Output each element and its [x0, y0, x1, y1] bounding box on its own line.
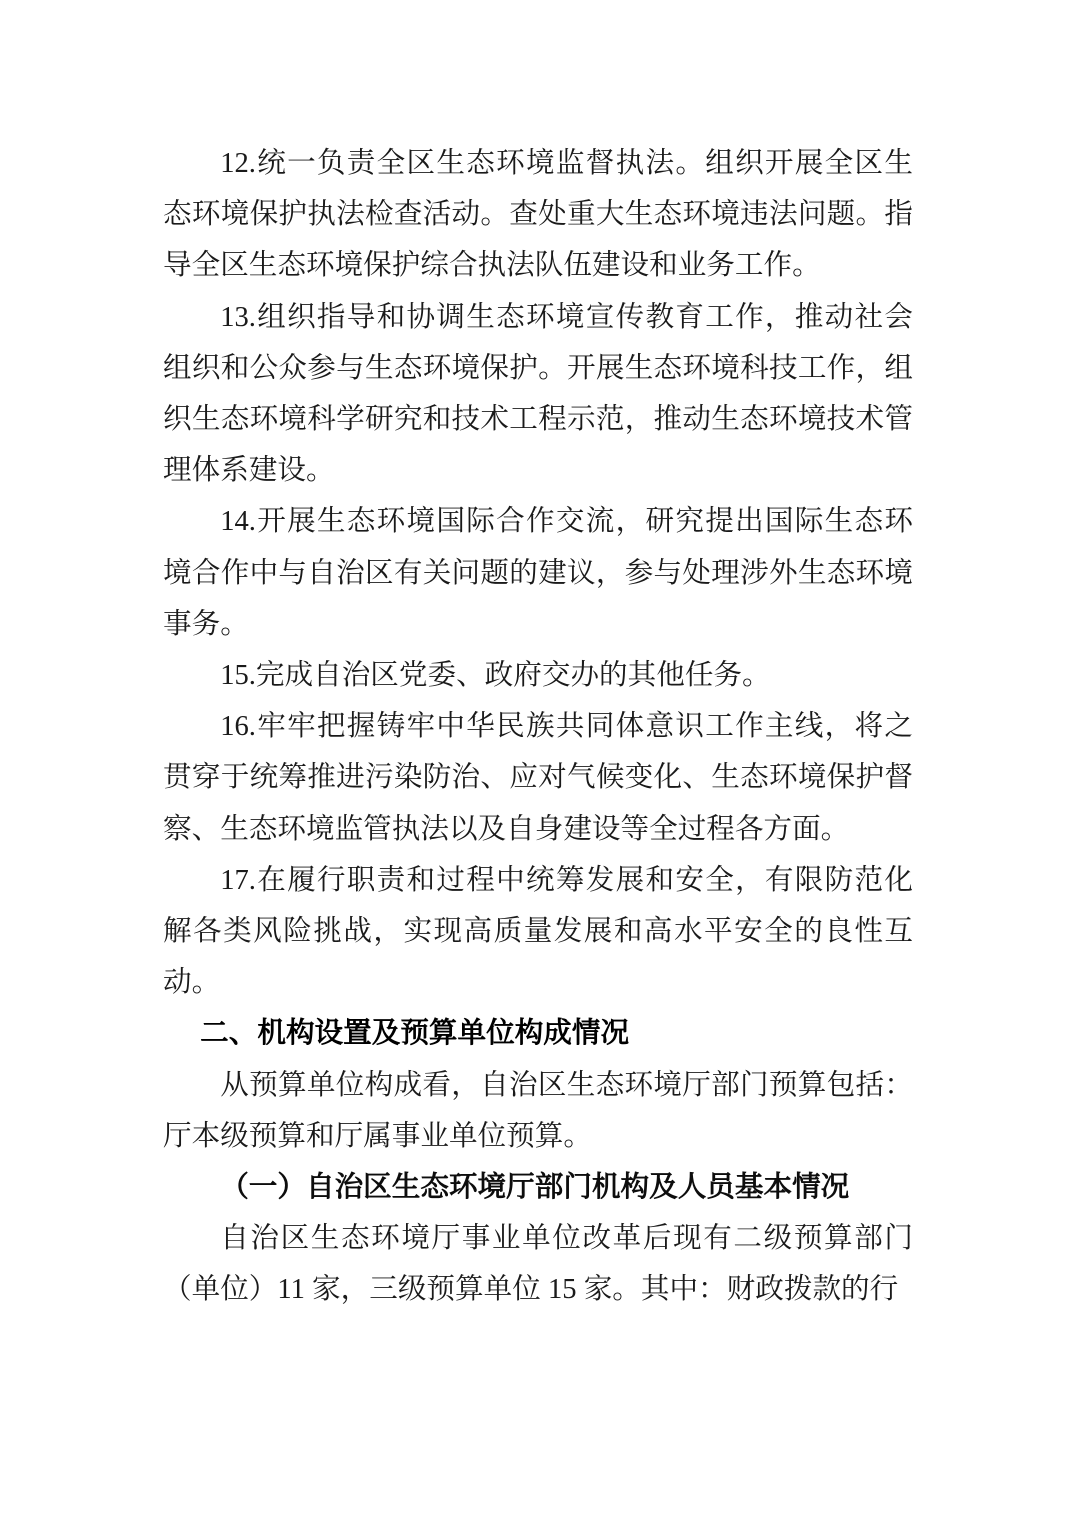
document-page: 12.统一负责全区生态环境监督执法。组织开展全区生态环境保护执法检查活动。查处重…	[0, 0, 1074, 1520]
paragraph-item-12: 12.统一负责全区生态环境监督执法。组织开展全区生态环境保护执法检查活动。查处重…	[163, 138, 913, 292]
paragraph-item-16: 16.牢牢把握铸牢中华民族共同体意识工作主线，将之贯穿于统筹推进污染防治、应对气…	[163, 701, 913, 855]
paragraph-item-14: 14.开展生态环境国际合作交流，研究提出国际生态环境合作中与自治区有关问题的建议…	[163, 496, 913, 650]
document-text-block: 12.统一负责全区生态环境监督执法。组织开展全区生态环境保护执法检查活动。查处重…	[163, 138, 913, 1316]
paragraph-org-personnel: 自治区生态环境厅事业单位改革后现有二级预算部门（单位）11 家，三级预算单位 1…	[163, 1213, 913, 1315]
paragraph-item-13: 13.组织指导和协调生态环境宣传教育工作，推动社会组织和公众参与生态环境保护。开…	[163, 292, 913, 497]
paragraph-item-17: 17.在履行职责和过程中统筹发展和安全，有限防范化解各类风险挑战，实现高质量发展…	[163, 855, 913, 1009]
paragraph-budget-composition: 从预算单位构成看，自治区生态环境厅部门预算包括：厅本级预算和厅属事业单位预算。	[163, 1060, 913, 1162]
section-heading-2: 二、机构设置及预算单位构成情况	[163, 1008, 913, 1059]
paragraph-item-15: 15.完成自治区党委、政府交办的其他任务。	[163, 650, 913, 701]
subsection-heading-2-1: （一）自治区生态环境厅部门机构及人员基本情况	[163, 1162, 913, 1213]
